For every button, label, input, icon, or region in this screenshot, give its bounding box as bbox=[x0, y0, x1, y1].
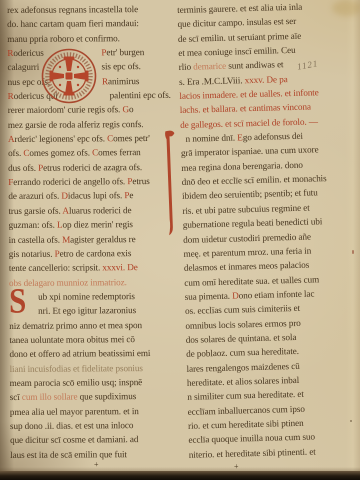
text-segment: delasmos et inmares meos palacios bbox=[184, 260, 310, 273]
text-segment: n similiter cum sua hereditate. et bbox=[187, 389, 304, 402]
text-segment: pmea alia uel mayor parentum. et in bbox=[10, 406, 139, 417]
text-segment: in castella ofs. bbox=[9, 234, 62, 244]
manuscript-line: ofs. Comes gomez ofs. Comes ferran bbox=[8, 145, 174, 161]
rota-right-fragment: palentini epc ofs. bbox=[110, 88, 171, 103]
manuscript-line: do. hanc cartam quam fieri mandaui: bbox=[7, 16, 173, 32]
text-segment: meam parocia scō emilio usq; inspnē bbox=[10, 377, 143, 388]
text-segment: dnō deo et ecclīe scī emilin. et monachi… bbox=[182, 173, 327, 187]
text-segment: idacus lupi ofs. bbox=[68, 191, 125, 201]
text-segment: lachs. et ballara. et cantimas vincona bbox=[180, 102, 311, 115]
text-segment: que supdiximus bbox=[77, 391, 136, 401]
text-segment: de gallegos. et scī maciel de forolo. — bbox=[180, 116, 318, 130]
text-segment: que dicitur campo. insulas est ser bbox=[177, 16, 296, 29]
text-segment: ono etiam infonte lac bbox=[239, 288, 315, 300]
text-segment: lares rengalengos maizdenes cū bbox=[186, 361, 299, 374]
text-segment: rlio bbox=[179, 62, 194, 72]
manuscript-line: in castella ofs. Magister geraldus re bbox=[9, 231, 175, 247]
manuscript-line: scī cum illo sollare que supdiximus bbox=[10, 389, 176, 405]
text-segment: ecclīam inballuercanos cum ipso bbox=[188, 403, 305, 416]
text-segment: palentini epc ofs. bbox=[110, 90, 171, 100]
text-segment: de arazuri ofs. bbox=[8, 191, 61, 201]
manuscript-line: que dicitur scī cosme et damiani. ad bbox=[10, 432, 176, 448]
text-segment: s. Era .M.C.LViii. bbox=[179, 75, 245, 87]
manuscript-line: gis notarius. Petro de cardona exis bbox=[9, 246, 175, 262]
text-segment: niterio. et hereditate sibi ptinenti. et bbox=[189, 446, 316, 459]
text-segment: animirus bbox=[108, 76, 139, 86]
text-segment: calagurri bbox=[7, 62, 39, 72]
text-segment: omnibus locis solares ermos pro bbox=[185, 317, 301, 330]
text-segment: ecclīa quoque inuilla noua cum suo bbox=[188, 432, 315, 445]
text-segment: etro de cardona exis bbox=[60, 248, 132, 259]
text-segment: dono et offero ad atrium beatissimi emi bbox=[9, 348, 150, 359]
text-segment: hereditate. et alios solares inbal bbox=[187, 375, 299, 388]
text-segment: e bbox=[129, 191, 133, 201]
right-column: terminis gaurere. et est alia uia inlaqu… bbox=[177, 0, 360, 462]
text-segment: grā imperator ispaniae. una cum uxore bbox=[181, 145, 319, 159]
text-segment: omes ferran bbox=[98, 148, 141, 158]
text-segment: meę. et parentum mroz. una feria in bbox=[183, 245, 311, 258]
manuscript-line: dus ofs. Petrus roderici de azagra ofs. bbox=[8, 160, 174, 176]
manuscript-line: guzman: ofs. Lop diez merin' regis bbox=[9, 217, 175, 233]
text-segment: n nomine dnī. bbox=[185, 133, 237, 144]
rota-right-fragment: Petr' burgen bbox=[101, 45, 144, 60]
text-segment: etr' burgen bbox=[106, 47, 144, 57]
text-segment: trus garsie ofs. bbox=[8, 205, 62, 215]
text-segment: rerer maiordom' curie regis ofs. bbox=[8, 105, 123, 116]
manuscript-line: tente cancellerio: scripsit. xxxvi. De bbox=[9, 260, 175, 276]
manuscript-line: Ferrando roderici de angello ofs. Petrus bbox=[8, 174, 174, 190]
text-segment: terminis gaurere. et est alia uia inla bbox=[177, 2, 302, 15]
text-segment: sup dono .ii. dias. et est una inloco bbox=[10, 420, 133, 431]
text-segment: rderic' legionens' epc ofs. bbox=[14, 133, 107, 144]
manuscript-line: ub xpi nomine redemptoris bbox=[9, 289, 175, 305]
manuscript-line: pmea alia uel mayor parentum. et in bbox=[10, 403, 176, 419]
text-segment: agister geraldus re bbox=[70, 234, 136, 244]
text-segment: scī bbox=[10, 392, 22, 402]
text-segment: nri. Et ego igitur lazaronius bbox=[38, 305, 136, 316]
text-segment: o bbox=[129, 105, 134, 115]
text-segment: errando roderici de angello ofs. bbox=[13, 176, 127, 187]
text-segment: M bbox=[62, 234, 70, 244]
manuscript-line: sup dono .ii. dias. et est una inloco bbox=[10, 418, 176, 434]
manuscript-line: obs delagaro munnioz inmatrioz. bbox=[9, 274, 175, 290]
manuscript-line: Arderic' legionens' epc ofs. Comes petr' bbox=[8, 131, 174, 147]
rota-right-fragment: Ranimirus bbox=[102, 74, 139, 89]
text-segment: luarus roderici de bbox=[69, 205, 132, 215]
cross-pattee-icon bbox=[40, 47, 98, 105]
text-segment: sis epc ofs. bbox=[101, 61, 140, 71]
text-segment: cum omī hereditate sua. et ualles cum bbox=[184, 274, 319, 288]
text-segment: guzman: ofs. bbox=[9, 220, 58, 230]
text-segment: manu ppria roboro et confirmo. bbox=[7, 33, 120, 44]
text-segment: sua pimenta. bbox=[185, 291, 233, 302]
text-segment: et mea coniuge inscī emilin. Ceu bbox=[178, 45, 295, 58]
text-segment: xxxv. De pa bbox=[245, 74, 288, 85]
text-segment: dos solares de quintana. et sola bbox=[186, 332, 297, 345]
manuscript-line: manu ppria roboro et confirmo. bbox=[7, 31, 173, 47]
manuscript-line: trus garsie ofs. Aluarus roderici de bbox=[8, 203, 174, 219]
text-segment: gubernatione regula beati benedicti ubi bbox=[183, 216, 323, 230]
text-segment: xxxvi. De bbox=[102, 262, 137, 272]
text-segment: tanea uoluntate mora obitus mei cō bbox=[9, 334, 135, 345]
text-segment: que dicitur scī cosme et damiani. ad bbox=[10, 434, 138, 445]
text-segment: obs delagaro munnioz inmatrioz. bbox=[9, 277, 127, 288]
text-segment: ub xpi nomine redemptoris bbox=[38, 291, 135, 302]
text-segment: lacios inmadere. et de ualles. et infont… bbox=[179, 87, 318, 101]
text-segment: cum illo sollare bbox=[22, 392, 78, 402]
text-segment: rio. et cum hereditate sibi ptinen bbox=[188, 418, 304, 431]
manuscript-line: dono et offero ad atrium beatissimi emi bbox=[9, 346, 175, 362]
manuscript-line: liani incuisfodias et fidelitate psonius bbox=[10, 360, 176, 376]
text-segment: do. hanc cartam quam fieri mandaui: bbox=[7, 18, 139, 29]
manuscript-line: nri. Et ego igitur lazaronius bbox=[9, 303, 175, 319]
text-segment: demarice bbox=[193, 61, 226, 72]
manuscript-line: rex adefonsus regnans incastella tole bbox=[7, 2, 173, 18]
text-segment: laus est ita de scā emilin que fuit bbox=[10, 449, 127, 460]
manuscript-line: de arazuri ofs. Didacus lupi ofs. Pe bbox=[8, 188, 174, 204]
text-segment: os. ecclīas cum suis cimiteriis et bbox=[185, 303, 300, 316]
text-segment: ofs. bbox=[8, 148, 23, 158]
text-segment: ris. et ubi patre subcuius regmine et bbox=[182, 202, 309, 215]
text-segment: niz dematriz primo anno et mea spon bbox=[9, 320, 142, 331]
text-segment: de scī emilin. ut seruiant prime aīe bbox=[178, 30, 301, 43]
text-segment: etrus bbox=[132, 176, 149, 186]
manuscript-line: mez garsie de roda alferiz regis confs. bbox=[8, 117, 174, 133]
manuscript-page: S rex adefonsus regnans incastella toled… bbox=[0, 0, 360, 480]
text-segment: dom uidetur custodiri premedio añe bbox=[183, 231, 311, 244]
text-segment: mez garsie de roda alferiz regis confs. bbox=[8, 119, 144, 130]
rota-right-fragment: sis epc ofs. bbox=[101, 59, 140, 74]
text-segment: tente cancellerio: scripsit. bbox=[9, 263, 103, 274]
photo-edge bbox=[0, 471, 360, 480]
manuscript-line: meam parocia scō emilio usq; inspnē bbox=[10, 375, 176, 391]
rubricated-initial-i-icon bbox=[162, 129, 179, 237]
text-segment: de poblaoz. cum sua hereditate. bbox=[186, 346, 299, 359]
text-segment: mea regina dona berengaria. dono bbox=[181, 160, 303, 173]
text-segment: omes gomez ofs. bbox=[29, 148, 92, 158]
signum-rota-icon bbox=[40, 47, 98, 105]
text-segment: go adefonsus dei bbox=[243, 131, 303, 143]
text-segment: omes petr' bbox=[113, 133, 150, 143]
manuscript-line: niz dematriz primo anno et mea spon bbox=[9, 317, 175, 333]
text-segment: etrus roderici de azagra ofs. bbox=[43, 162, 142, 173]
text-segment: op diez merin' regis bbox=[62, 219, 132, 229]
rubricated-initial-s: S bbox=[9, 283, 26, 319]
text-segment: ibidem deo seruientib; psentib; et futu bbox=[182, 188, 318, 202]
text-segment: gis notarius. bbox=[9, 249, 55, 259]
text-segment: sunt andiwas et bbox=[226, 60, 284, 71]
text-segment: liani incuisfodias et fidelitate psonius bbox=[10, 363, 143, 374]
text-segment: rex adefonsus regnans incastella tole bbox=[7, 4, 138, 15]
text-segment: dus ofs. bbox=[8, 163, 38, 173]
manuscript-line: tanea uoluntate mora obitus mei cō bbox=[9, 332, 175, 348]
